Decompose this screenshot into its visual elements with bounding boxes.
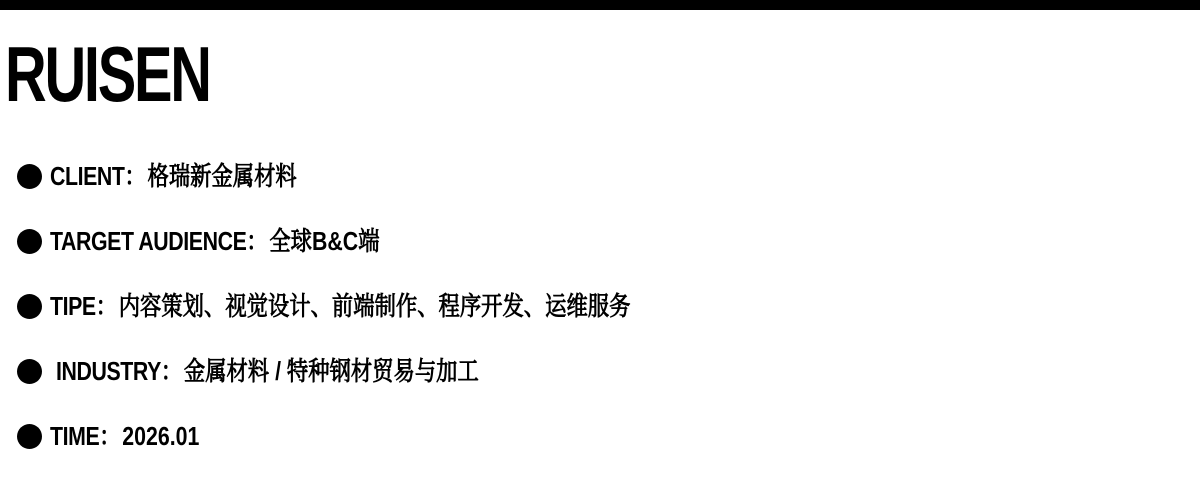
info-row-target-audience: TARGET AUDIENCE：全球B&C端 [17, 225, 452, 257]
info-value: 格瑞新金属材料 [148, 161, 297, 191]
info-text: INDUSTRY：金属材料 / 特种钢材贸易与加工 [56, 355, 479, 387]
info-separator: ： [161, 356, 182, 386]
info-row-type: TIPE：内容策划、视觉设计、前端制作、程序开发、运维服务 [17, 290, 758, 322]
info-separator: ： [246, 226, 267, 256]
info-value: 金属材料 / 特种钢材贸易与加工 [184, 356, 479, 386]
bullet-icon [17, 229, 42, 254]
info-label: INDUSTRY [56, 356, 161, 386]
info-text: TIPE：内容策划、视觉设计、前端制作、程序开发、运维服务 [50, 290, 630, 322]
info-value: 2026.01 [122, 421, 199, 451]
info-label: TIME [50, 421, 99, 451]
info-text: TIME：2026.01 [50, 420, 199, 452]
info-value: 内容策划、视觉设计、前端制作、程序开发、运维服务 [119, 291, 631, 321]
info-separator: ： [99, 421, 120, 451]
info-row-client: CLIENT：格瑞新金属材料 [17, 160, 351, 192]
bullet-icon [17, 359, 42, 384]
info-value: 全球B&C端 [269, 226, 379, 256]
info-text: CLIENT：格瑞新金属材料 [50, 160, 297, 192]
info-separator: ： [125, 161, 146, 191]
bullet-icon [17, 164, 42, 189]
info-label: TIPE [50, 291, 96, 321]
info-row-time: TIME：2026.01 [17, 420, 232, 452]
bullet-icon [17, 424, 42, 449]
info-separator: ： [96, 291, 117, 321]
info-label: TARGET AUDIENCE [50, 226, 246, 256]
top-bar [0, 0, 1200, 10]
info-row-industry: INDUSTRY：金属材料 / 特种钢材贸易与加工 [17, 355, 572, 387]
bullet-icon [17, 294, 42, 319]
info-text: TARGET AUDIENCE：全球B&C端 [50, 225, 380, 257]
brand-title: RUISEN [5, 34, 210, 114]
info-label: CLIENT [50, 161, 125, 191]
